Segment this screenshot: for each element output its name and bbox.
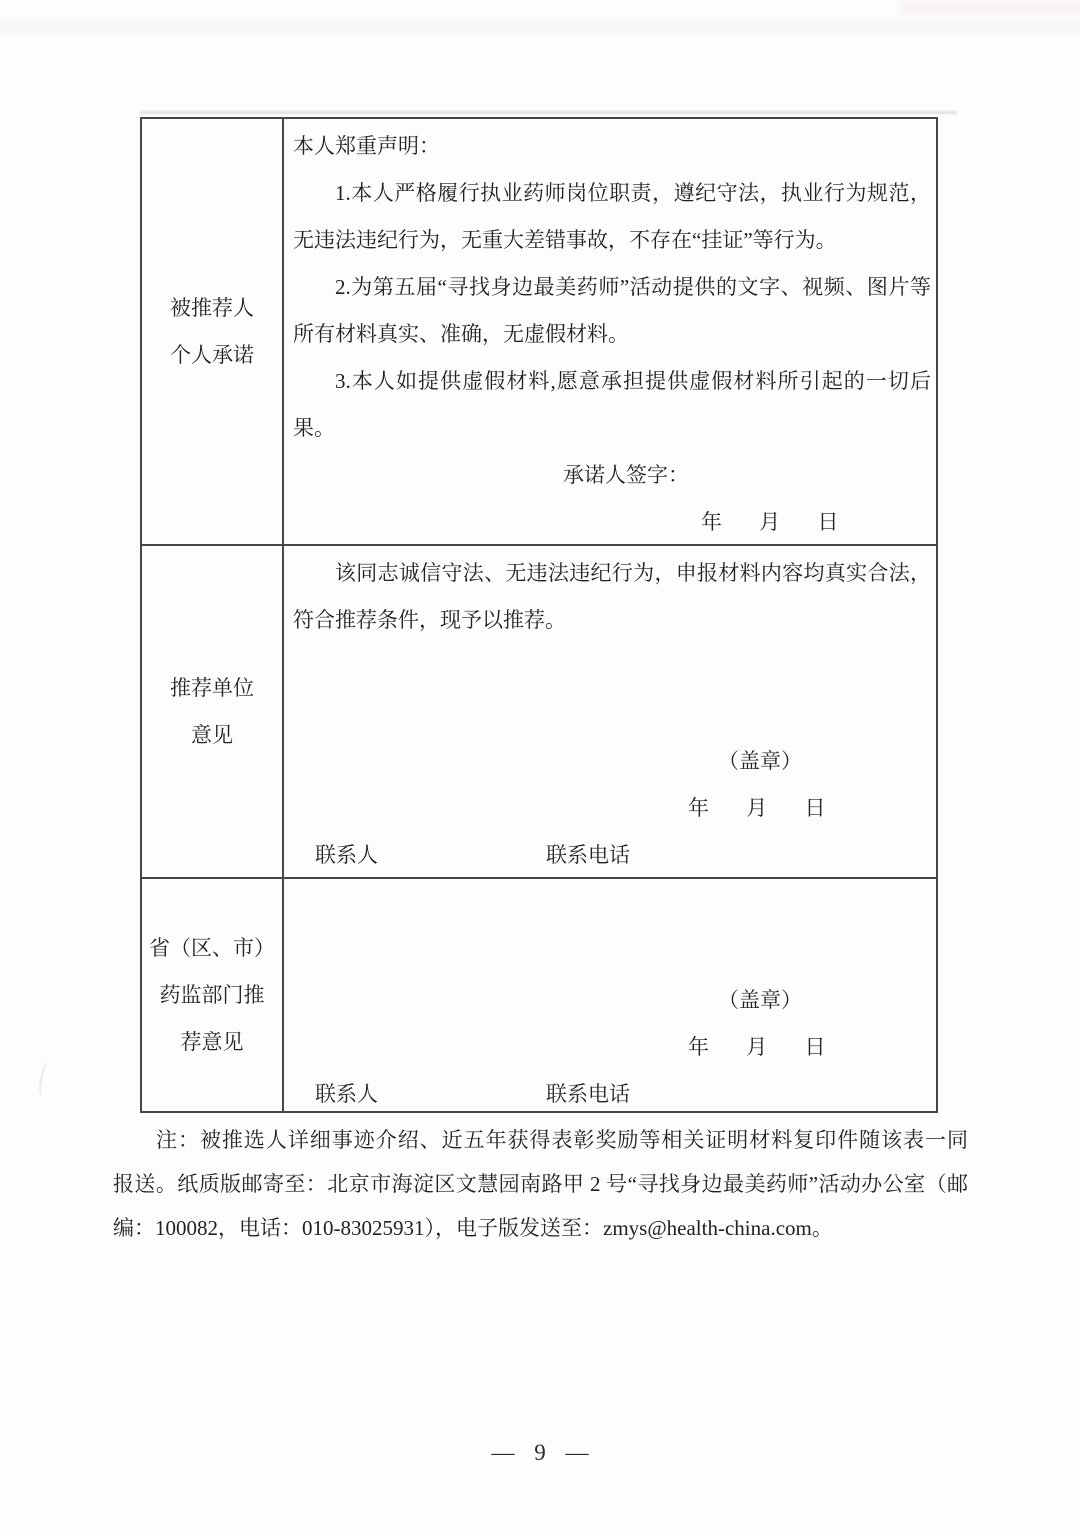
label-personal-commitment: 被推荐人 个人承诺 [142,119,284,544]
label-unit-opinion: 推荐单位 意见 [142,546,284,877]
contact-label: 联系人 [315,843,378,867]
date-placeholder: 年 月 日 [293,499,931,544]
signature-label: 承诺人签字： [293,452,931,499]
scan-artifact-leftmark [37,1061,55,1099]
label-line: 推荐单位 [170,665,254,712]
page-number: — 9 — [0,1440,1080,1466]
declaration-item-1a: 1.本人严格履行执业药师岗位职责，遵纪守法，执业行为规范， [293,170,931,217]
declaration-item-1b: 无违法违纪行为，无重大差错事故，不存在“挂证”等行为。 [293,217,931,264]
phone-label: 联系电话 [546,1082,630,1106]
contacts-line: 联系人联系电话 [293,832,931,877]
spacer-line [293,930,931,977]
label-line: 药监部门推 [160,972,265,1019]
content-personal-commitment: 本人郑重声明： 1.本人严格履行执业药师岗位职责，遵纪守法，执业行为规范， 无违… [284,119,936,544]
unit-opinion-text-1: 该同志诚信守法、无违法违纪行为，申报材料内容均真实合法， [293,550,931,597]
declaration-item-2b: 所有材料真实、准确，无虚假材料。 [293,311,931,358]
scan-artifact-ghostline [140,111,957,114]
seal-placeholder: （盖章） [293,977,931,1024]
label-line: 荐意见 [181,1019,244,1066]
declaration-item-2a: 2.为第五届“寻找身边最美药师”活动提供的文字、视频、图片等 [293,264,931,311]
scan-artifact-corner [900,0,1080,16]
spacer-line [293,883,931,930]
seal-placeholder: （盖章） [293,738,931,785]
declaration-heading: 本人郑重声明： [293,123,931,170]
date-placeholder: 年 月 日 [293,785,931,832]
scan-artifact-band [0,20,1080,34]
phone-label: 联系电话 [546,843,630,867]
spacer-line [293,644,931,691]
contacts-line: 联系人联系电话 [293,1071,931,1111]
date-placeholder: 年 月 日 [293,1024,931,1071]
footnote-line-3: 编：100082，电话：010-83025931），电子版发送至：zmys@he… [113,1206,968,1250]
row-unit-opinion: 推荐单位 意见 该同志诚信守法、无违法违纪行为，申报材料内容均真实合法， 符合推… [142,544,936,877]
recommendation-form-table: 被推荐人 个人承诺 本人郑重声明： 1.本人严格履行执业药师岗位职责，遵纪守法，… [140,117,938,1113]
content-provincial-opinion: （盖章） 年 月 日 联系人联系电话 [284,879,936,1111]
row-provincial-opinion: 省（区、市） 药监部门推 荐意见 （盖章） 年 月 日 联系人联系电话 [142,877,936,1111]
contact-label: 联系人 [315,1082,378,1106]
footnote: 注：被推选人详细事迹介绍、近五年获得表彰奖励等相关证明材料复印件随该表一同 报送… [113,1118,968,1250]
label-line: 意见 [191,712,233,759]
document-page: 被推荐人 个人承诺 本人郑重声明： 1.本人严格履行执业药师岗位职责，遵纪守法，… [0,0,1080,1531]
declaration-item-3a: 3.本人如提供虚假材料,愿意承担提供虚假材料所引起的一切后 [293,358,931,405]
row-personal-commitment: 被推荐人 个人承诺 本人郑重声明： 1.本人严格履行执业药师岗位职责，遵纪守法，… [142,119,936,544]
content-unit-opinion: 该同志诚信守法、无违法违纪行为，申报材料内容均真实合法， 符合推荐条件，现予以推… [284,546,936,877]
unit-opinion-text-2: 符合推荐条件，现予以推荐。 [293,597,931,644]
declaration-item-3b: 果。 [293,405,931,452]
spacer-line [293,691,931,738]
label-provincial-opinion: 省（区、市） 药监部门推 荐意见 [142,879,284,1111]
footnote-line-2: 报送。纸质版邮寄至：北京市海淀区文慧园南路甲 2 号“寻找身边最美药师”活动办公… [113,1162,968,1206]
footnote-line-1: 注：被推选人详细事迹介绍、近五年获得表彰奖励等相关证明材料复印件随该表一同 [113,1118,968,1162]
label-line: 个人承诺 [170,332,254,379]
label-line: 省（区、市） [149,925,275,972]
label-line: 被推荐人 [170,285,254,332]
